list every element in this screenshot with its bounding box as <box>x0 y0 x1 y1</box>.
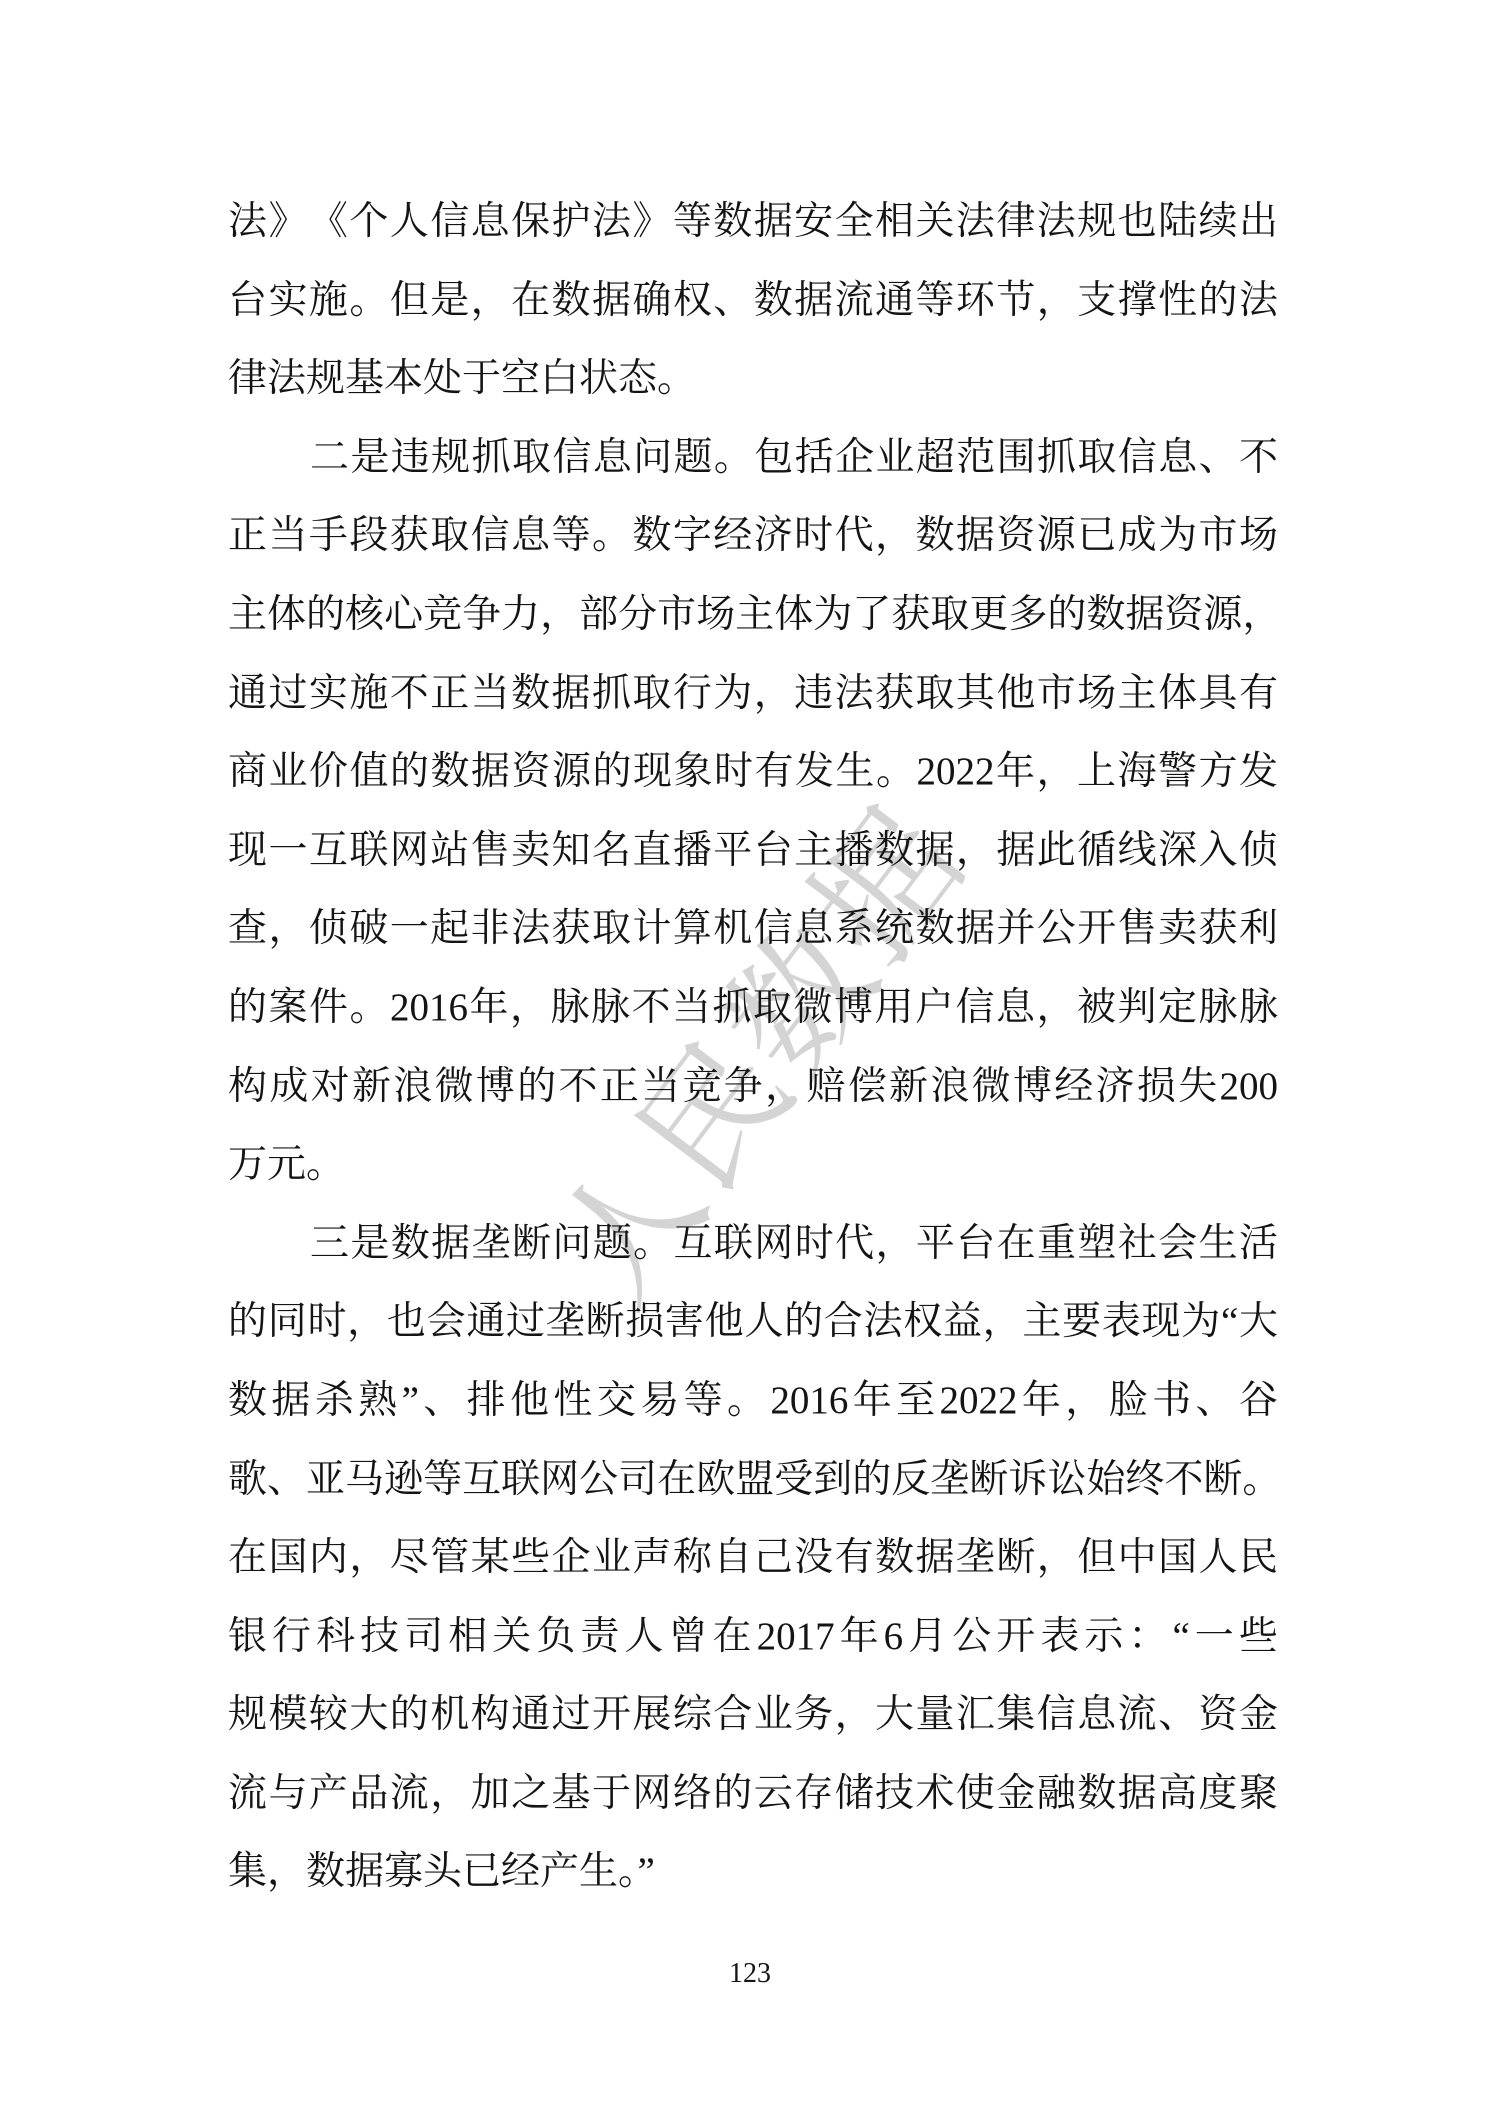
text-line: 银行科技司相关负责人曾在2017年6月公开表示：“一些 <box>228 1598 1278 1677</box>
text-line: 规模较大的机构通过开展综合业务，大量汇集信息流、资金 <box>228 1676 1278 1755</box>
text-line: 歌、亚马逊等互联网公司在欧盟受到的反垄断诉讼始终不断。 <box>228 1441 1278 1520</box>
text-line: 三是数据垄断问题。互联网时代，平台在重塑社会生活 <box>228 1205 1278 1284</box>
text-line: 现一互联网站售卖知名直播平台主播数据，据此循线深入侦 <box>228 812 1278 891</box>
text-line: 商业价值的数据资源的现象时有发生。2022年，上海警方发 <box>228 733 1278 812</box>
text-line: 的案件。2016年，脉脉不当抓取微博用户信息，被判定脉脉 <box>228 969 1278 1048</box>
text-line: 法》《个人信息保护法》等数据安全相关法律法规也陆续出 <box>228 183 1278 262</box>
text-line: 查，侦破一起非法获取计算机信息系统数据并公开售卖获利 <box>228 890 1278 969</box>
text-line: 数据杀熟”、排他性交易等。2016年至2022年，脸书、谷 <box>228 1362 1278 1441</box>
text-line: 台实施。但是，在数据确权、数据流通等环节，支撑性的法 <box>228 262 1278 341</box>
text-line: 万元。 <box>228 1126 1278 1205</box>
text-line: 二是违规抓取信息问题。包括企业超范围抓取信息、不 <box>228 419 1278 498</box>
text-line: 通过实施不正当数据抓取行为，违法获取其他市场主体具有 <box>228 655 1278 734</box>
text-line: 集，数据寡头已经产生。” <box>228 1833 1278 1912</box>
document-body: 法》《个人信息保护法》等数据安全相关法律法规也陆续出 台实施。但是，在数据确权、… <box>228 183 1278 1912</box>
text-line: 构成对新浪微博的不正当竞争，赔偿新浪微博经济损失200 <box>228 1048 1278 1127</box>
text-line: 主体的核心竞争力，部分市场主体为了获取更多的数据资源， <box>228 576 1278 655</box>
text-line: 在国内，尽管某些企业声称自己没有数据垄断，但中国人民 <box>228 1519 1278 1598</box>
page: 人民数据 法》《个人信息保护法》等数据安全相关法律法规也陆续出 台实施。但是，在… <box>0 0 1500 2121</box>
text-line: 的同时，也会通过垄断损害他人的合法权益，主要表现为“大 <box>228 1283 1278 1362</box>
text-line: 律法规基本处于空白状态。 <box>228 340 1278 419</box>
text-line: 正当手段获取信息等。数字经济时代，数据资源已成为市场 <box>228 497 1278 576</box>
text-line: 流与产品流，加之基于网络的云存储技术使金融数据高度聚 <box>228 1755 1278 1834</box>
page-number: 123 <box>0 1958 1500 1990</box>
